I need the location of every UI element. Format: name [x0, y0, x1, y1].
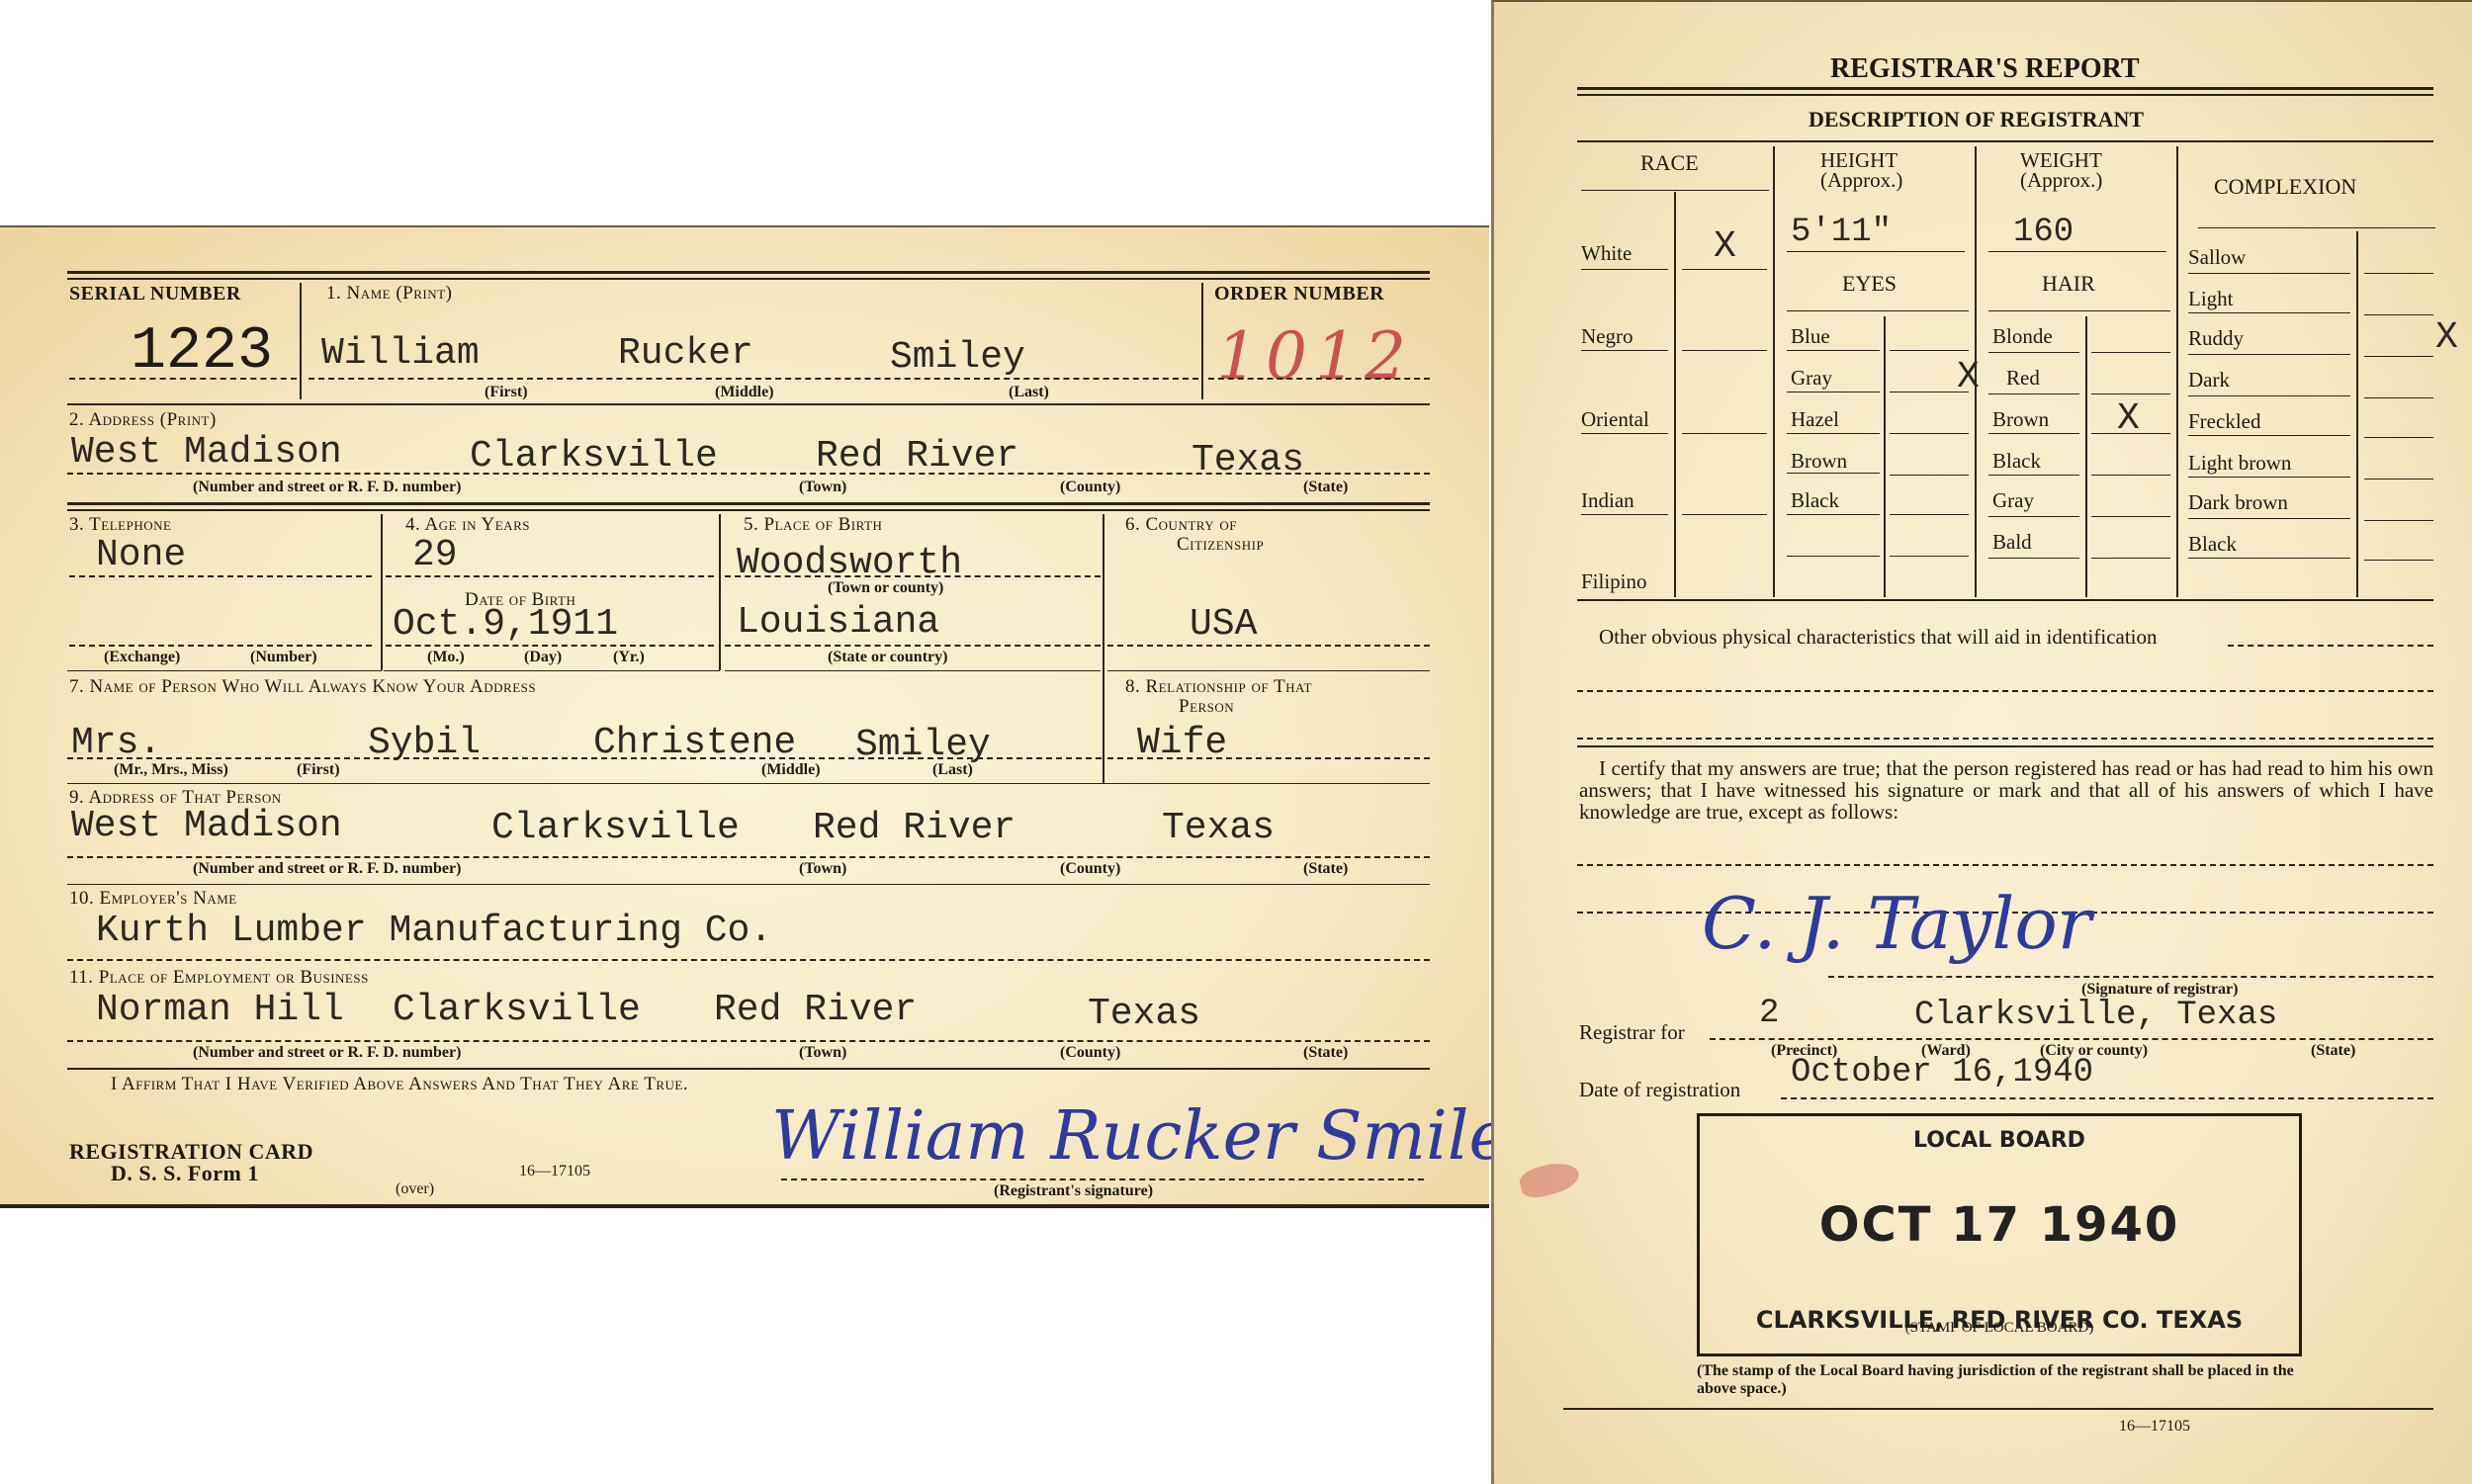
- rule: [1581, 514, 1668, 515]
- rule: [67, 502, 1430, 511]
- complexion-ruddy: Ruddy: [2188, 326, 2244, 351]
- hair-header: HAIR: [2042, 271, 2095, 297]
- relationship-label-2: Person: [1179, 696, 1234, 718]
- dob-mo-sublabel: (Mo.): [427, 649, 465, 666]
- contact-title-sublabel: (Mr., Mrs., Miss): [114, 761, 228, 779]
- rule: [1890, 556, 1969, 557]
- birthplace-town: Woodsworth: [737, 542, 962, 584]
- divider: [1103, 514, 1104, 783]
- name-label: 1. Name (Print): [326, 283, 452, 305]
- rule: [1787, 433, 1880, 434]
- name-last: Smiley: [890, 336, 1025, 379]
- contact-last: Smiley: [855, 724, 991, 766]
- precinct-value: 2: [1759, 995, 1779, 1032]
- rule: [1581, 433, 1668, 434]
- race-header: RACE: [1640, 150, 1699, 176]
- serial-line: [69, 378, 297, 380]
- contact-line: [67, 757, 1102, 759]
- local-board-stamp-box: LOCAL BOARD OCT 17 1940 CLARKSVILLE, RED…: [1697, 1113, 2302, 1356]
- print-code: 16—17105: [519, 1163, 590, 1180]
- certify-text: I certify that my answers are true; that…: [1579, 757, 2433, 823]
- registration-date-label: Date of registration: [1579, 1078, 1740, 1102]
- rule: [2188, 435, 2350, 436]
- rule: [67, 783, 1430, 784]
- race-oriental: Oriental: [1581, 407, 1649, 432]
- name-first: William: [321, 332, 480, 375]
- rule: [1988, 433, 2079, 434]
- rule: [1581, 350, 1668, 351]
- rule: [2091, 558, 2170, 559]
- rule: [1890, 475, 1969, 476]
- height-value: 5'11": [1791, 214, 1892, 251]
- rule: [1581, 269, 1668, 270]
- rule: [2188, 477, 2350, 478]
- dob-yr-sublabel: (Yr.): [613, 649, 645, 666]
- rule: [1988, 475, 2079, 476]
- rule: [2364, 560, 2433, 561]
- address-town: Clarksville: [470, 435, 718, 478]
- registrar-signature: C. J. Taylor: [1702, 882, 2091, 965]
- eyes-brown: Brown: [1791, 449, 1847, 474]
- rule: [1890, 350, 1969, 351]
- rule: [67, 1068, 1430, 1070]
- eyes-gray: Gray: [1791, 366, 1832, 391]
- race-indian: Indian: [1581, 488, 1634, 513]
- dob-value: Oct.9,1911: [393, 603, 618, 646]
- serial-number-label: SERIAL NUMBER: [69, 283, 241, 306]
- complexion-ruddy-mark: X: [2435, 316, 2458, 359]
- rule: [2188, 273, 2350, 274]
- citizenship-label-2: Citizenship: [1177, 534, 1264, 556]
- rule: [1890, 392, 1969, 393]
- hair-black: Black: [1992, 449, 2041, 474]
- address-state: Texas: [1192, 439, 1304, 481]
- employment-county-sublabel: (County): [1060, 1044, 1120, 1062]
- address-county-sublabel: (County): [1060, 479, 1120, 496]
- signature-line: [781, 1178, 1424, 1180]
- divider: [2085, 316, 2087, 597]
- telephone-label: 3. Telephone: [69, 514, 171, 536]
- age-value: 29: [412, 534, 458, 576]
- rule: [2188, 395, 2350, 396]
- employment-state: Texas: [1088, 993, 1200, 1035]
- telephone-line: [69, 575, 372, 577]
- weight-sub: (Approx.): [2020, 168, 2102, 193]
- eyes-black: Black: [1791, 488, 1839, 513]
- registrar-signature-line: [1828, 976, 2433, 978]
- rule: [1988, 352, 2079, 353]
- employment-county: Red River: [714, 989, 917, 1031]
- eyes-blue: Blue: [1791, 324, 1830, 349]
- rule: [2091, 516, 2170, 517]
- divider: [2356, 231, 2358, 597]
- over-label: (over): [396, 1180, 434, 1198]
- height-sub: (Approx.): [1820, 168, 1902, 193]
- citizenship-value: USA: [1190, 603, 1257, 646]
- registration-date: October 16,1940: [1791, 1054, 2093, 1091]
- contact-state-sublabel: (State): [1303, 860, 1348, 878]
- exception-line-1: [1577, 864, 2433, 866]
- stamp-note: (The stamp of the Local Board having jur…: [1697, 1362, 2310, 1398]
- stamp-header: LOCAL BOARD: [1700, 1128, 2299, 1153]
- contact-first-sublabel: (First): [297, 761, 340, 779]
- rule: [2188, 312, 2350, 313]
- rule: [67, 670, 382, 671]
- registration-card-front: SERIAL NUMBER 1223 1. Name (Print) Willi…: [0, 225, 1489, 1208]
- contact-county-sublabel: (County): [1060, 860, 1120, 878]
- dob-line: [386, 645, 714, 647]
- rule: [2198, 227, 2435, 228]
- birthplace-line: [725, 575, 1101, 577]
- report-title: REGISTRAR'S REPORT: [1830, 53, 2140, 85]
- name-middle-sublabel: (Middle): [715, 384, 774, 401]
- name-line: [309, 378, 1198, 380]
- rule: [1890, 514, 1969, 515]
- report-subtitle: DESCRIPTION OF REGISTRANT: [1809, 107, 2144, 132]
- contact-town-sublabel: (Town): [799, 860, 846, 878]
- rule: [1577, 140, 2433, 142]
- name-first-sublabel: (First): [485, 384, 528, 401]
- rule: [2364, 314, 2433, 315]
- rule: [1107, 670, 1430, 671]
- rule: [1563, 1408, 2433, 1410]
- divider: [1201, 283, 1203, 399]
- rule: [1577, 745, 2433, 747]
- complexion-header: COMPLEXION: [2214, 174, 2356, 200]
- contact-address-state: Texas: [1162, 807, 1275, 849]
- address-town-sublabel: (Town): [799, 479, 846, 496]
- rule: [384, 670, 720, 671]
- order-line: [1208, 378, 1430, 380]
- telephone-value: None: [96, 534, 186, 576]
- address-line: [67, 473, 1430, 475]
- rule: [2188, 558, 2350, 559]
- affirm-text: I Affirm That I Have Verified Above Answ…: [111, 1074, 688, 1095]
- rule: [2364, 479, 2433, 480]
- rule: [2188, 354, 2350, 355]
- telephone-line-2: [69, 645, 372, 647]
- employment-street-sublabel: (Number and street or R. F. D. number): [193, 1044, 461, 1062]
- form-id: D. S. S. Form 1: [111, 1161, 259, 1186]
- other-line-2: [1577, 690, 2433, 692]
- employer-label: 10. Employer's Name: [69, 888, 237, 910]
- address-county: Red River: [816, 435, 1018, 478]
- birthplace-state: Louisiana: [737, 601, 939, 644]
- hair-red: Red: [2006, 366, 2040, 391]
- rule: [1988, 251, 2166, 252]
- rule: [2188, 518, 2350, 519]
- rule: [725, 670, 1101, 671]
- birthplace-town-sublabel: (Town or county): [828, 579, 943, 597]
- contact-middle-sublabel: (Middle): [761, 761, 821, 779]
- complexion-light: Light: [2188, 287, 2234, 311]
- contact-label: 7. Name of Person Who Will Always Know Y…: [69, 676, 536, 698]
- employment-state-sublabel: (State): [1303, 1044, 1348, 1062]
- other-line-3: [1577, 738, 2433, 740]
- relationship-line: [1107, 757, 1430, 759]
- rule: [1577, 87, 2433, 96]
- stamp-date: OCT 17 1940: [1700, 1197, 2299, 1253]
- complexion-dark: Dark: [2188, 368, 2230, 393]
- hair-brown: Brown: [1992, 407, 2049, 432]
- registration-date-line: [1781, 1097, 2433, 1099]
- rule: [1682, 514, 1767, 515]
- employment-place-label: 11. Place of Employment or Business: [69, 967, 369, 989]
- other-line-1: [2228, 645, 2433, 647]
- registrar-for-label: Registrar for: [1579, 1020, 1685, 1045]
- race-negro: Negro: [1581, 324, 1633, 349]
- employment-town: Clarksville: [393, 989, 641, 1031]
- rule: [1787, 556, 1880, 557]
- weight-value: 160: [2013, 214, 2074, 251]
- rule: [1581, 190, 1769, 191]
- rule: [1988, 558, 2079, 559]
- divider: [381, 514, 383, 670]
- address-label: 2. Address (Print): [69, 409, 217, 431]
- rule: [1577, 599, 2433, 601]
- top-rule: [67, 271, 1430, 280]
- dob-day-sublabel: (Day): [524, 649, 562, 666]
- birthplace-label: 5. Place of Birth: [744, 514, 882, 536]
- rule: [1682, 433, 1767, 434]
- serial-number: 1223: [131, 318, 273, 386]
- rule: [2364, 437, 2433, 438]
- registrar-report-back: REGISTRAR'S REPORT DESCRIPTION OF REGIST…: [1491, 0, 2472, 1484]
- rule: [2091, 352, 2170, 353]
- rule: [1988, 310, 2170, 311]
- rule: [1787, 350, 1880, 351]
- employer-value: Kurth Lumber Manufacturing Co.: [96, 910, 772, 952]
- eyes-header: EYES: [1842, 271, 1897, 297]
- other-characteristics-label: Other obvious physical characteristics t…: [1599, 625, 2158, 650]
- contact-address-county: Red River: [813, 807, 1015, 849]
- employment-street: Norman Hill: [96, 989, 344, 1031]
- rule: [2364, 397, 2433, 398]
- rule: [1890, 433, 1969, 434]
- hair-blonde: Blonde: [1992, 324, 2053, 349]
- complexion-light-brown: Light brown: [2188, 451, 2291, 476]
- rule: [2091, 433, 2170, 434]
- birthplace-state-sublabel: (State or country): [828, 649, 947, 666]
- race-filipino: Filipino: [1581, 569, 1647, 594]
- employer-line: [67, 959, 1430, 961]
- divider: [1884, 316, 1886, 597]
- contact-last-sublabel: (Last): [932, 761, 973, 779]
- registrant-signature-label: (Registrant's signature): [994, 1182, 1153, 1200]
- complexion-sallow: Sallow: [2188, 245, 2246, 270]
- contact-address-town: Clarksville: [491, 807, 740, 849]
- exchange-sublabel: (Exchange): [104, 649, 180, 666]
- rule: [2091, 475, 2170, 476]
- name-last-sublabel: (Last): [1009, 384, 1049, 401]
- rule: [2364, 273, 2433, 274]
- registrant-signature: William Rucker Smiley: [771, 1097, 1546, 1176]
- divider: [719, 514, 721, 670]
- eyes-hazel: Hazel: [1791, 407, 1839, 432]
- rule: [1787, 310, 1969, 311]
- hair-gray: Gray: [1992, 488, 2034, 513]
- name-middle: Rucker: [618, 332, 753, 375]
- employment-line: [67, 1040, 1430, 1042]
- address-state-sublabel: (State): [1303, 479, 1348, 496]
- rule: [2091, 393, 2170, 394]
- rule: [1787, 392, 1880, 393]
- complexion-freckled: Freckled: [2188, 409, 2260, 434]
- age-line: [386, 575, 714, 577]
- rule: [67, 884, 1430, 885]
- red-ink-blot: [1517, 1158, 1582, 1202]
- address-street: West Madison: [71, 431, 342, 474]
- citizenship-label: 6. Country of: [1125, 514, 1237, 536]
- state-sublabel: (State): [2311, 1042, 2355, 1060]
- registrar-location: Clarksville, Texas: [1914, 997, 2277, 1034]
- order-number: 1012: [1216, 318, 1414, 394]
- race-white: White: [1581, 241, 1632, 266]
- divider: [2176, 146, 2178, 597]
- citizenship-line: [1107, 645, 1430, 647]
- rule: [1682, 350, 1767, 351]
- rule: [1787, 473, 1880, 474]
- rule: [2364, 520, 2433, 521]
- number-sublabel: (Number): [250, 649, 317, 666]
- contact-address-street: West Madison: [71, 805, 342, 847]
- registrar-for-line: [1710, 1038, 2433, 1040]
- rule: [1988, 393, 2079, 394]
- contact-address-line: [67, 856, 1430, 858]
- complexion-dark-brown: Dark brown: [2188, 490, 2288, 515]
- rule: [1988, 516, 2079, 517]
- complexion-black: Black: [2188, 532, 2237, 557]
- address-street-sublabel: (Number and street or R. F. D. number): [193, 479, 461, 496]
- hair-bald: Bald: [1992, 530, 2032, 555]
- rule: [67, 403, 1430, 405]
- stamp-caption: (STAMP OF LOCAL BOARD): [1700, 1320, 2299, 1337]
- divider: [1674, 192, 1676, 597]
- rule: [1682, 269, 1767, 270]
- order-number-label: ORDER NUMBER: [1214, 283, 1384, 306]
- contact-street-sublabel: (Number and street or R. F. D. number): [193, 860, 461, 878]
- divider: [1773, 146, 1775, 597]
- rule: [2364, 356, 2433, 357]
- back-print-code: 16—17105: [2119, 1418, 2190, 1436]
- age-label: 4. Age in Years: [405, 514, 530, 536]
- race-white-mark: X: [1714, 225, 1736, 268]
- rule: [1787, 251, 1965, 252]
- relationship-label: 8. Relationship of That: [1125, 676, 1312, 698]
- employment-town-sublabel: (Town): [799, 1044, 846, 1062]
- birthplace-state-line: [725, 645, 1101, 647]
- rule: [1787, 514, 1880, 515]
- divider: [300, 283, 302, 399]
